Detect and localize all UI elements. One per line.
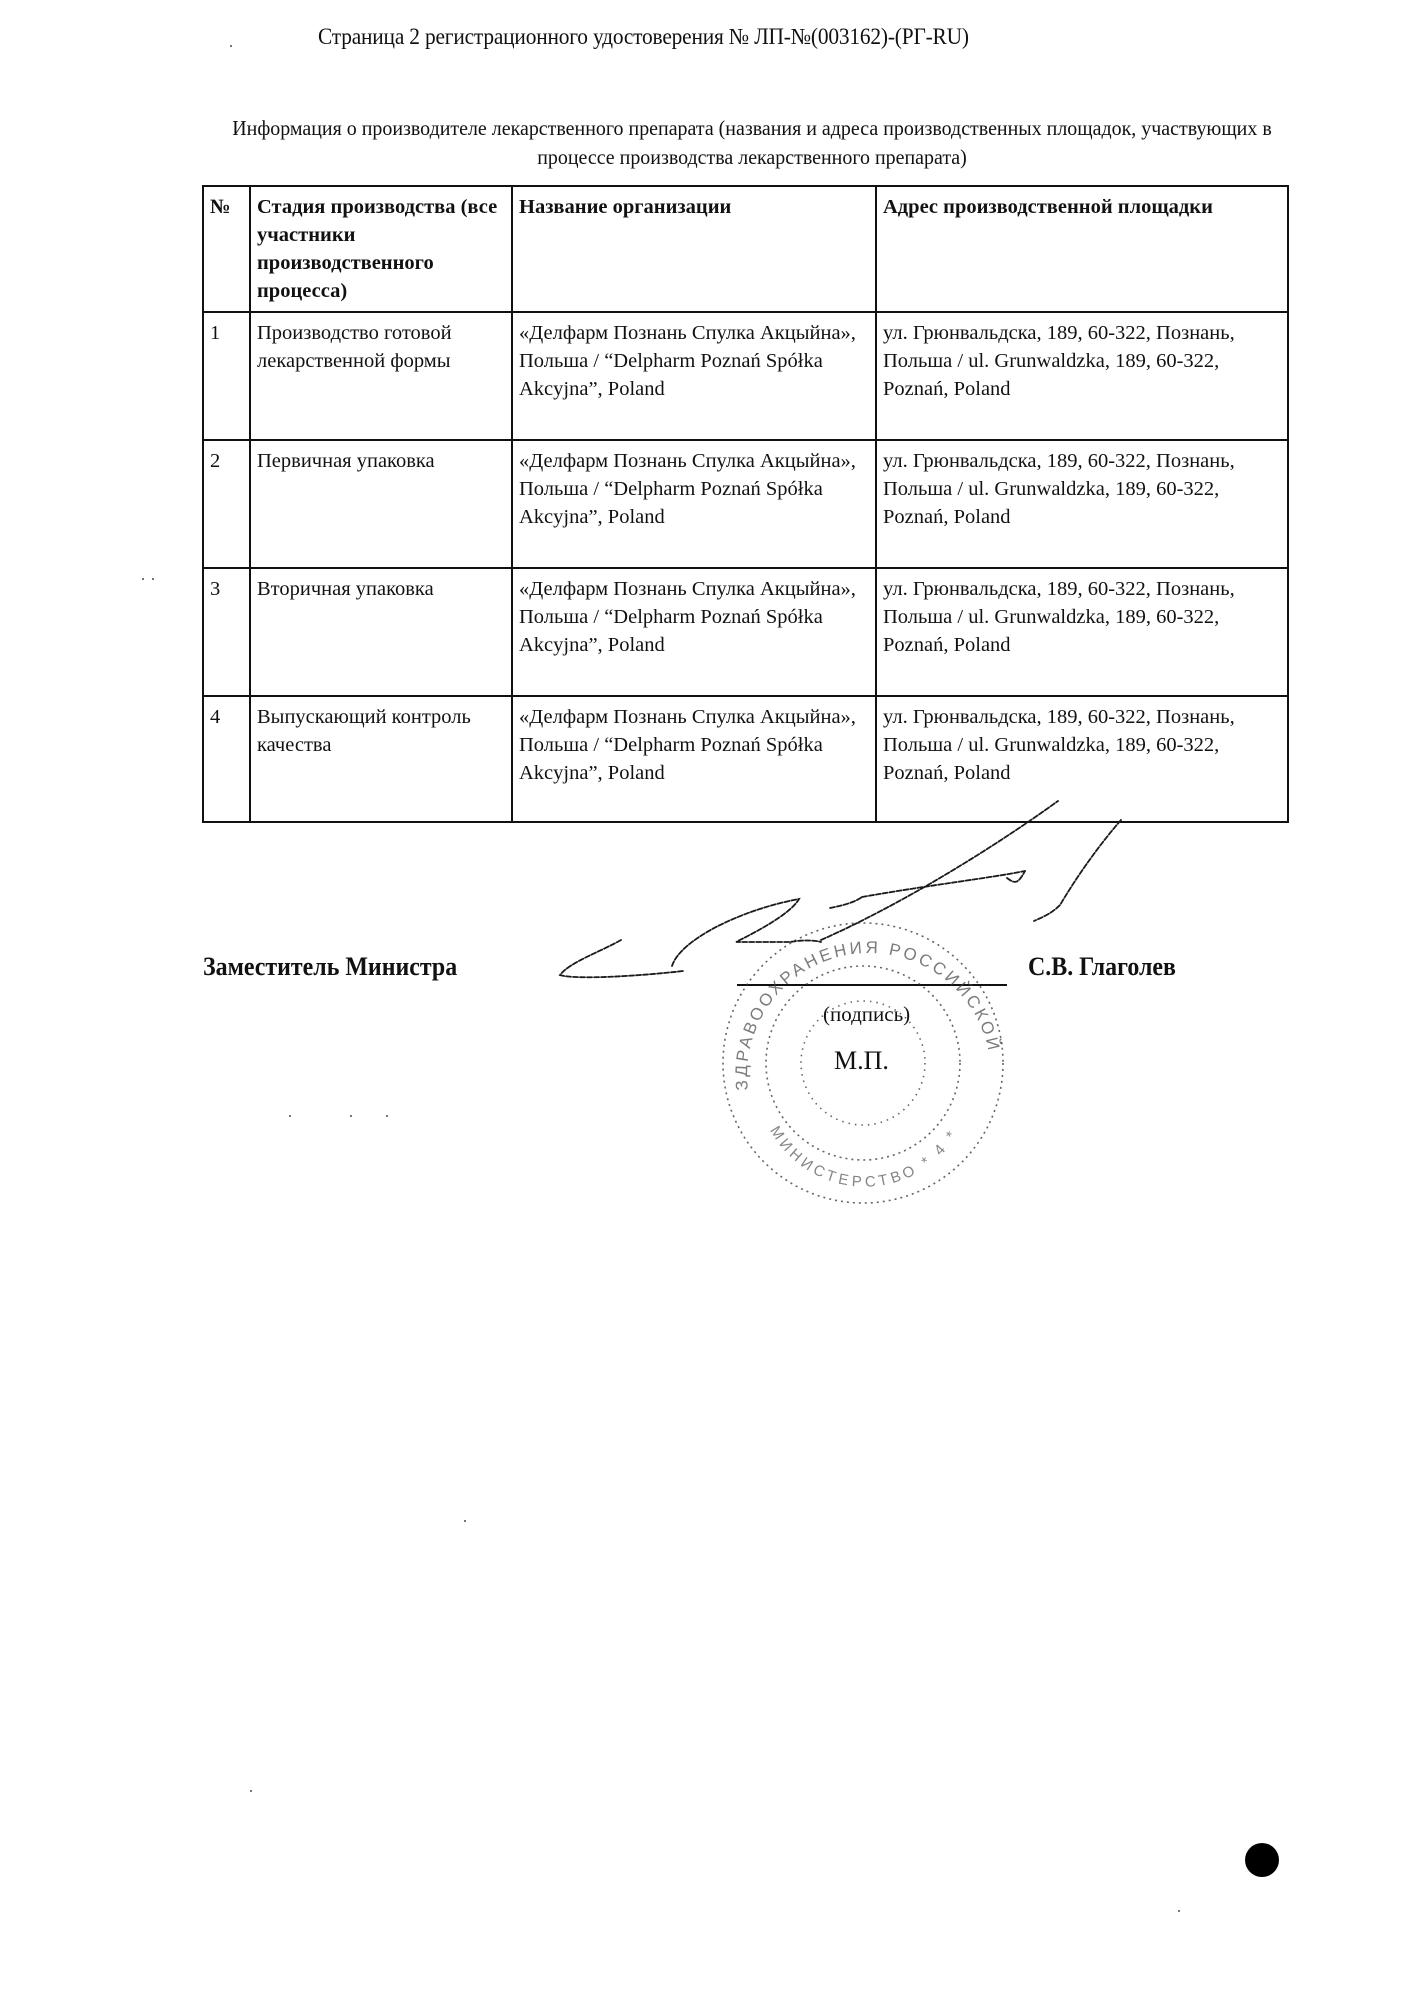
manufacturer-table: № Стадия производства (все участники про… (202, 185, 1289, 823)
row-num: 1 (203, 312, 250, 440)
scan-speck (350, 1115, 352, 1117)
row-stage: Первичная упаковка (250, 440, 512, 568)
scan-speck (142, 578, 144, 580)
header-num: № (203, 186, 250, 312)
row-address: ул. Грюнвальдска, 189, 60-322, Познань, … (876, 696, 1288, 822)
table-row: 3 Вторичная упаковка «Делфарм Познань Сп… (203, 568, 1288, 696)
scan-speck (289, 1115, 291, 1117)
stamp-text-bottom: МИНИСТЕРСТВО * 4 * (766, 1123, 962, 1191)
row-organization: «Делфарм Познань Спулка Акцыйна», Польша… (512, 440, 876, 568)
row-num: 3 (203, 568, 250, 696)
row-num: 2 (203, 440, 250, 568)
table-row: 4 Выпускающий контроль качества «Делфарм… (203, 696, 1288, 822)
table-header-row: № Стадия производства (все участники про… (203, 186, 1288, 312)
header-stage: Стадия производства (все участники произ… (250, 186, 512, 312)
row-organization: «Делфарм Познань Спулка Акцыйна», Польша… (512, 568, 876, 696)
scan-speck (152, 578, 154, 580)
page-header: Страница 2 регистрационного удостоверени… (318, 24, 969, 50)
row-address: ул. Грюнвальдска, 189, 60-322, Познань, … (876, 312, 1288, 440)
header-address: Адрес производственной площадки (876, 186, 1288, 312)
scan-speck (230, 45, 232, 47)
info-heading: Информация о производителе лекарственног… (218, 114, 1286, 172)
signatory-name: С.В. Глаголев (1028, 952, 1176, 982)
signatory-title: Заместитель Министра (203, 952, 457, 982)
row-stage: Вторичная упаковка (250, 568, 512, 696)
scan-speck (464, 1520, 466, 1522)
row-organization: «Делфарм Познань Спулка Акцыйна», Польша… (512, 312, 876, 440)
header-organization: Название организации (512, 186, 876, 312)
table-row: 2 Первичная упаковка «Делфарм Познань Сп… (203, 440, 1288, 568)
row-stage: Производство готовой лекарственной формы (250, 312, 512, 440)
scan-speck (250, 1790, 252, 1792)
hole-punch-mark (1245, 1843, 1279, 1877)
row-address: ул. Грюнвальдска, 189, 60-322, Познань, … (876, 440, 1288, 568)
table-row: 1 Производство готовой лекарственной фор… (203, 312, 1288, 440)
row-organization: «Делфарм Познань Спулка Акцыйна», Польша… (512, 696, 876, 822)
signature-line (737, 984, 1007, 986)
scan-speck (386, 1115, 388, 1117)
row-stage: Выпускающий контроль качества (250, 696, 512, 822)
seal-caption: М.П. (834, 1046, 889, 1076)
row-address: ул. Грюнвальдска, 189, 60-322, Познань, … (876, 568, 1288, 696)
scan-speck (1178, 1910, 1180, 1912)
signature-caption: (подпись) (823, 1002, 910, 1027)
row-num: 4 (203, 696, 250, 822)
svg-text:МИНИСТЕРСТВО * 4 *: МИНИСТЕРСТВО * 4 * (766, 1123, 962, 1191)
